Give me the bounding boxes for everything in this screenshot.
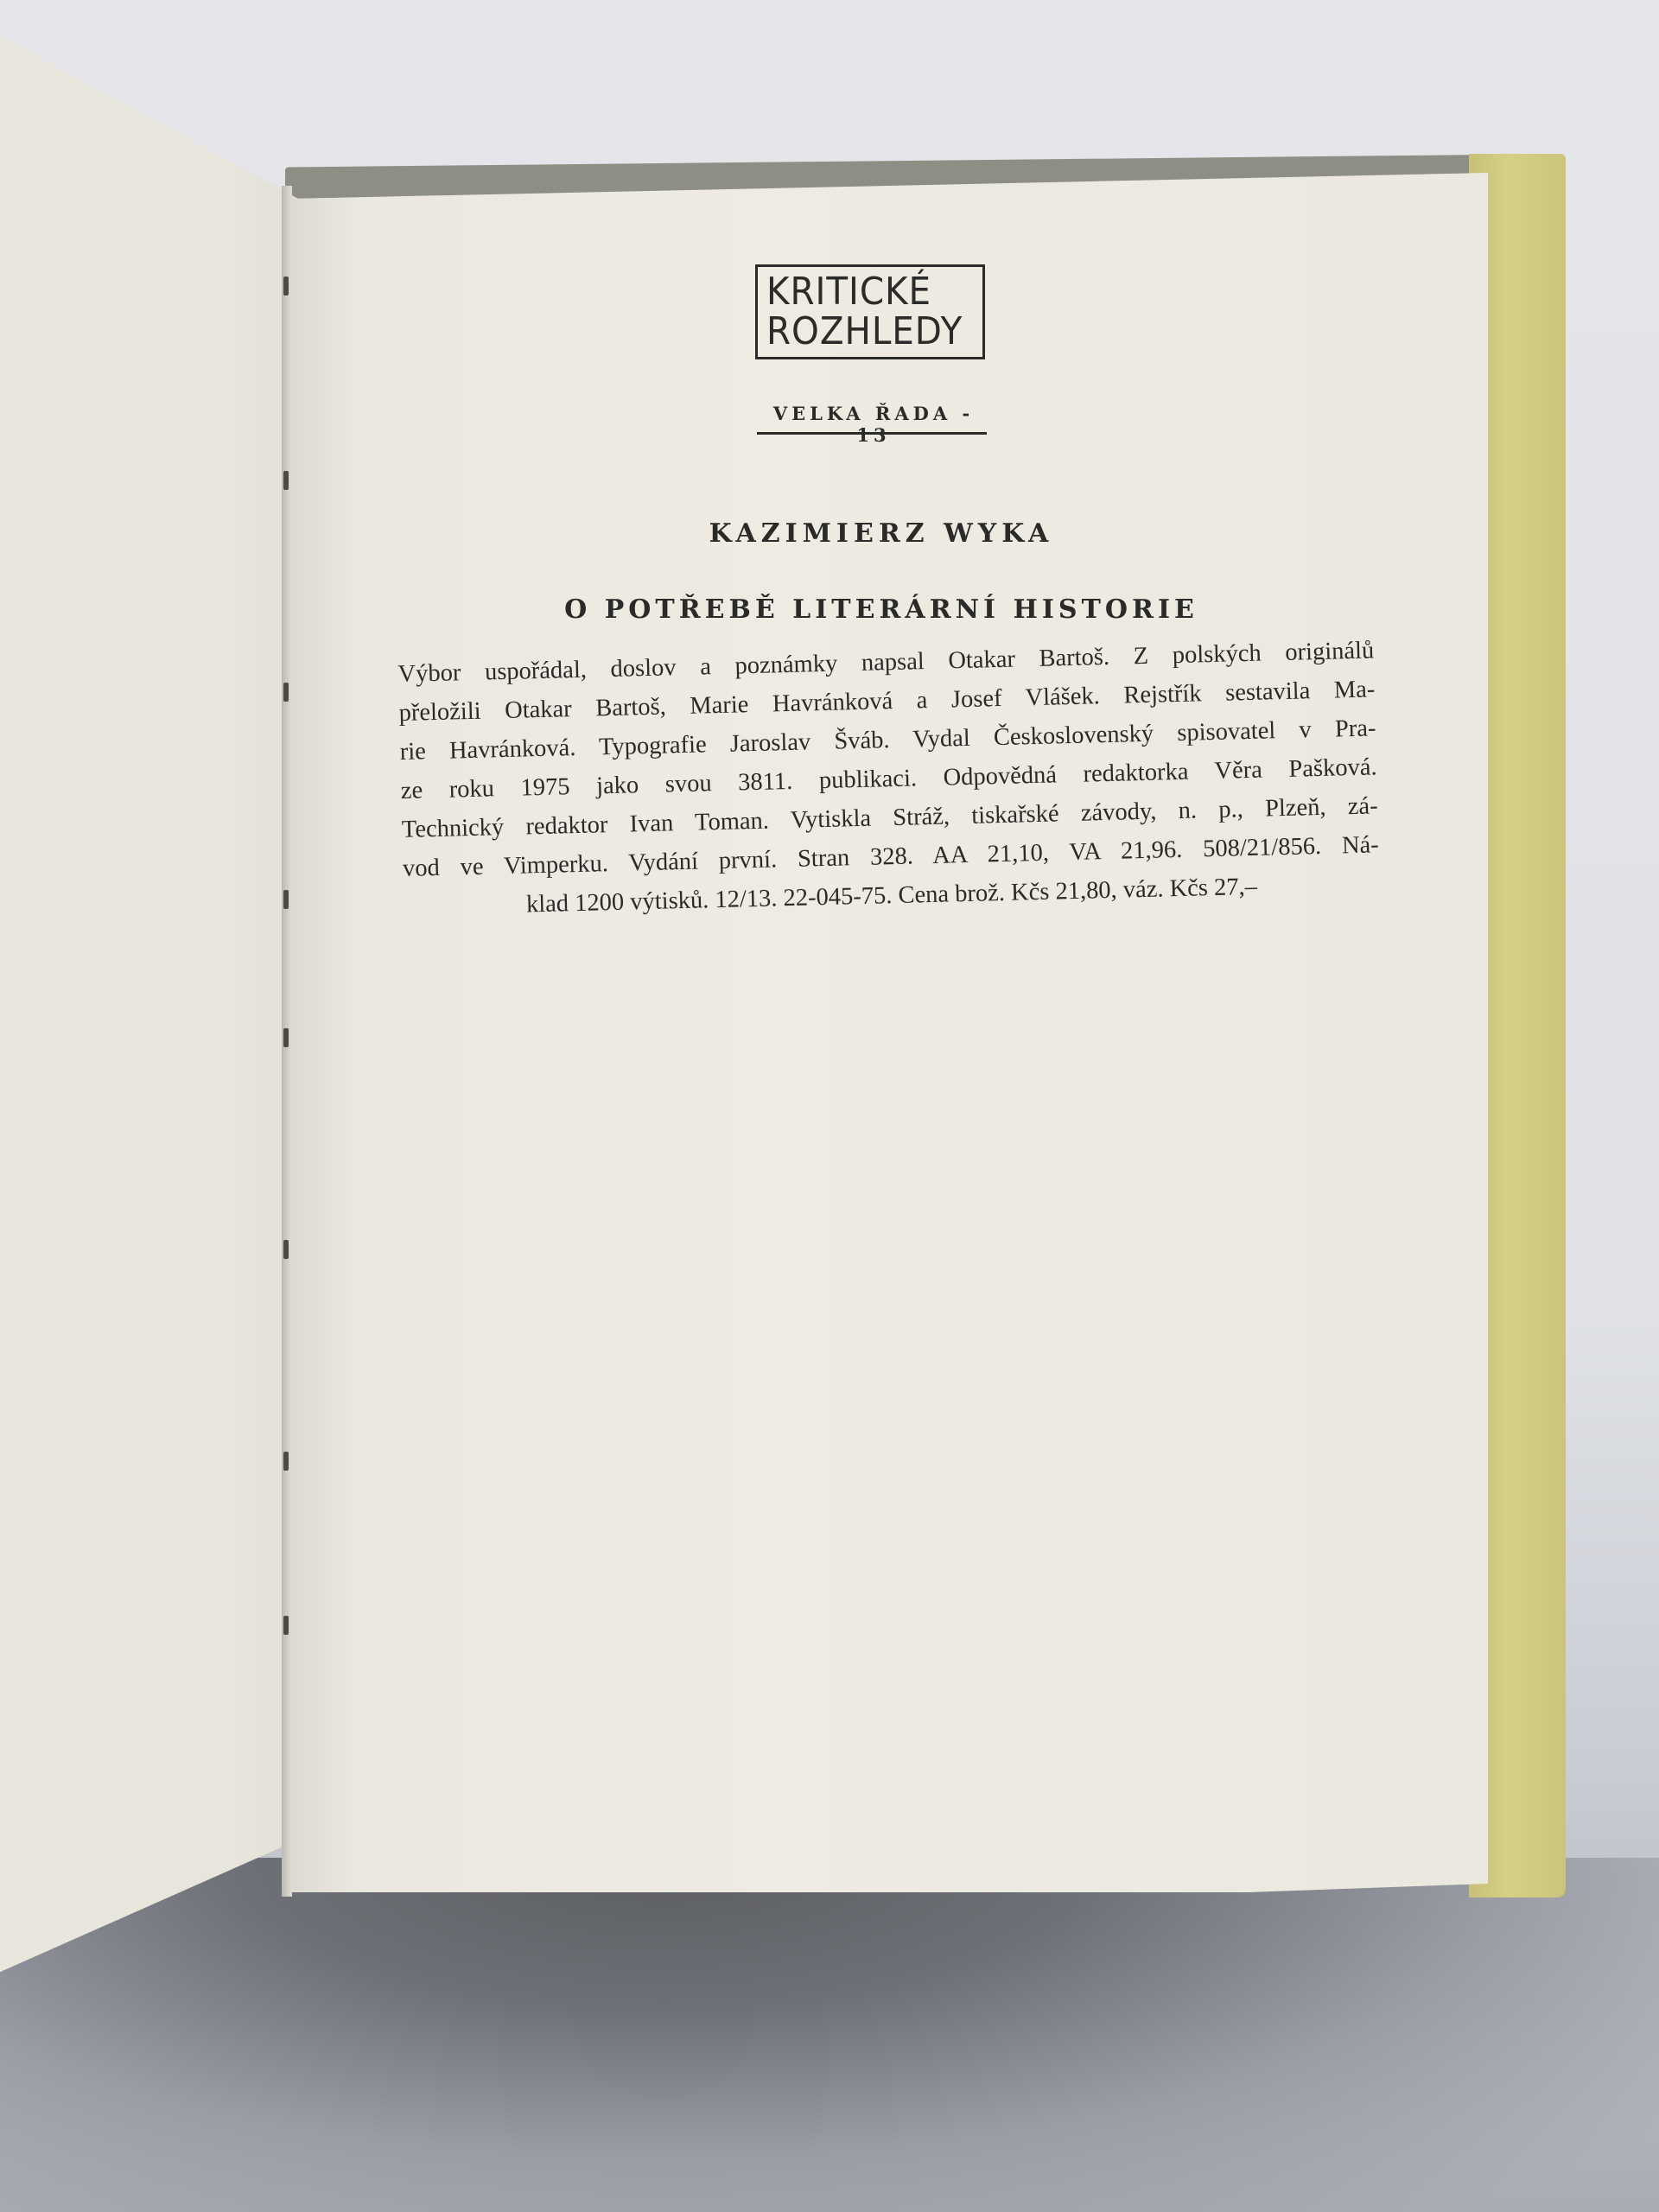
series-label: VELKA ŘADA - 13 xyxy=(757,403,990,446)
logo-line-1: KRITICKÉ xyxy=(766,272,965,312)
author-name: KAZIMIERZ WYKA xyxy=(380,518,1382,549)
binding-stitch xyxy=(283,471,289,490)
book-title: O POTŘEBĚ LITERÁRNÍ HISTORIE xyxy=(372,594,1391,625)
binding-stitch xyxy=(283,1616,289,1635)
binding-stitch xyxy=(283,276,289,296)
logo-line-2: ROZHLEDY xyxy=(766,312,965,352)
colophon: Výbor uspořádal, doslov a poznámky napsa… xyxy=(397,631,1380,927)
binding-stitch xyxy=(283,1240,289,1259)
binding-stitch xyxy=(283,1452,289,1471)
photo-scene: KRITICKÉ ROZHLEDY VELKA ŘADA - 13 KAZIMI… xyxy=(0,0,1659,2212)
binding-stitch xyxy=(283,683,289,702)
binding-stitch xyxy=(283,890,289,909)
series-underline xyxy=(757,432,987,435)
series-logo: KRITICKÉ ROZHLEDY xyxy=(755,264,985,359)
binding-stitch xyxy=(283,1028,289,1047)
table-shadow xyxy=(0,1858,1659,2212)
